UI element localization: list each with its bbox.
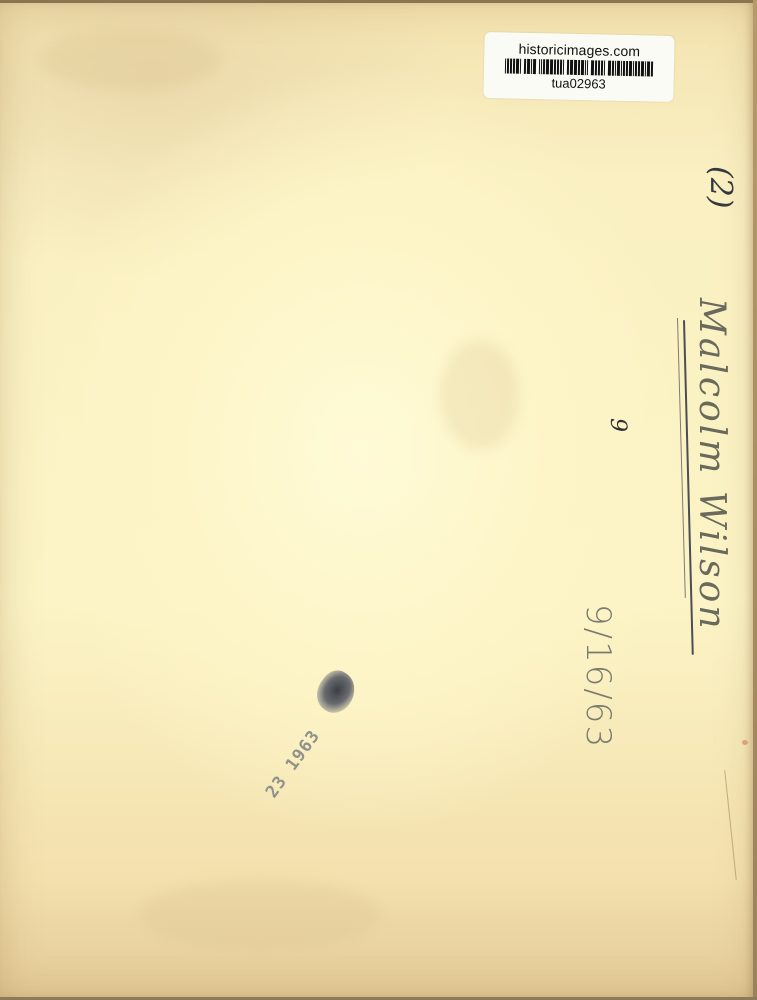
- handwritten-date: 9/16/63: [578, 604, 618, 749]
- age-stain: [440, 340, 520, 450]
- handwritten-page-mark: 9: [605, 418, 630, 432]
- label-id: tua02963: [484, 74, 674, 93]
- age-stain: [140, 880, 380, 950]
- paper-top-edge: [0, 0, 757, 3]
- age-stain: [40, 30, 220, 90]
- paper-right-edge: [753, 0, 757, 1000]
- photo-back-paper: [0, 0, 757, 1000]
- handwritten-name: Malcolm Wilson: [691, 298, 732, 632]
- handwritten-code: (2): [703, 166, 738, 209]
- archive-label: historicimages.com tua02963: [483, 32, 674, 102]
- label-site-name: historicimages.com: [484, 40, 674, 60]
- red-mark: [742, 740, 748, 745]
